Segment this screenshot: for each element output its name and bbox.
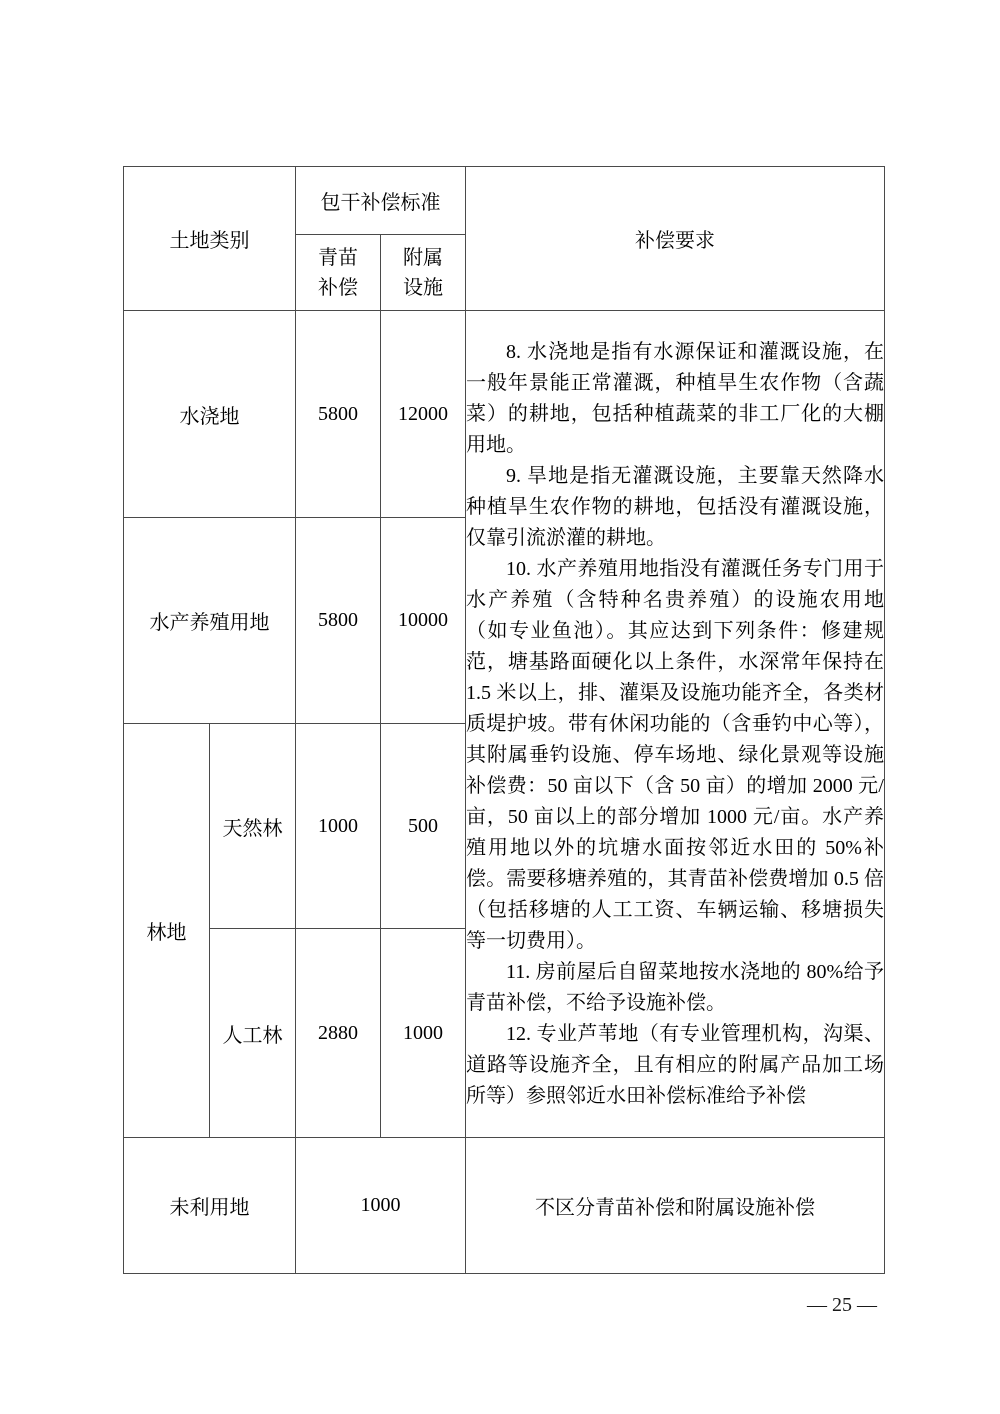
- unused-land-label: 未利用地: [124, 1138, 296, 1274]
- aquaculture-auxiliary-value: 10000: [381, 518, 466, 724]
- note-paragraph-10: 10. 水产养殖用地指没有灌溉任务专门用于水产养殖（含特种名贵养殖）的设施农用地…: [466, 554, 884, 957]
- page-number: — 25 —: [807, 1294, 877, 1317]
- compensation-table: 土地类别 包干补偿标准 补偿要求 青苗 补偿 附属 设施 水浇地 5800 12…: [123, 166, 885, 1274]
- planted-forest-young-crop-value: 2880: [296, 929, 381, 1138]
- note-paragraph-11: 11. 房前屋后自留菜地按水浇地的 80%给予青苗补偿，不给予设施补偿。: [466, 957, 884, 1019]
- requirements-notes-cell: 8. 水浇地是指有水源保证和灌溉设施，在一般年景能正常灌溉，种植旱生农作物（含蔬…: [466, 311, 885, 1138]
- note-paragraph-12: 12. 专业芦苇地（有专业管理机构，沟渠、道路等设施齐全，且有相应的附属产品加工…: [466, 1019, 884, 1112]
- aquaculture-young-crop-value: 5800: [296, 518, 381, 724]
- irrigated-land-auxiliary-value: 12000: [381, 311, 466, 518]
- note-paragraph-9: 9. 旱地是指无灌溉设施，主要靠天然降水种植旱生农作物的耕地，包括没有灌溉设施，…: [466, 461, 884, 554]
- header-land-category: 土地类别: [124, 167, 296, 311]
- note-paragraph-8: 8. 水浇地是指有水源保证和灌溉设施，在一般年景能正常灌溉，种植旱生农作物（含蔬…: [466, 337, 884, 461]
- forest-group-label: 林地: [124, 724, 210, 1138]
- planted-forest-auxiliary-value: 1000: [381, 929, 466, 1138]
- natural-forest-young-crop-value: 1000: [296, 724, 381, 929]
- header-young-crop: 青苗 补偿: [296, 235, 381, 311]
- header-requirements: 补偿要求: [466, 167, 885, 311]
- natural-forest-label: 天然林: [210, 724, 296, 929]
- aquaculture-land-label: 水产养殖用地: [124, 518, 296, 724]
- irrigated-land-young-crop-value: 5800: [296, 311, 381, 518]
- irrigated-land-label: 水浇地: [124, 311, 296, 518]
- header-package-standard: 包干补偿标准: [296, 167, 466, 235]
- unused-land-merged-value: 1000: [296, 1138, 466, 1274]
- unused-land-requirement: 不区分青苗补偿和附属设施补偿: [466, 1138, 885, 1274]
- unused-land-row: 未利用地 1000 不区分青苗补偿和附属设施补偿: [124, 1138, 885, 1274]
- irrigated-land-row: 水浇地 5800 12000 8. 水浇地是指有水源保证和灌溉设施，在一般年景能…: [124, 311, 885, 518]
- header-auxiliary-facilities: 附属 设施: [381, 235, 466, 311]
- natural-forest-auxiliary-value: 500: [381, 724, 466, 929]
- document-page: 土地类别 包干补偿标准 补偿要求 青苗 补偿 附属 设施 水浇地 5800 12…: [0, 0, 1000, 1414]
- planted-forest-label: 人工林: [210, 929, 296, 1138]
